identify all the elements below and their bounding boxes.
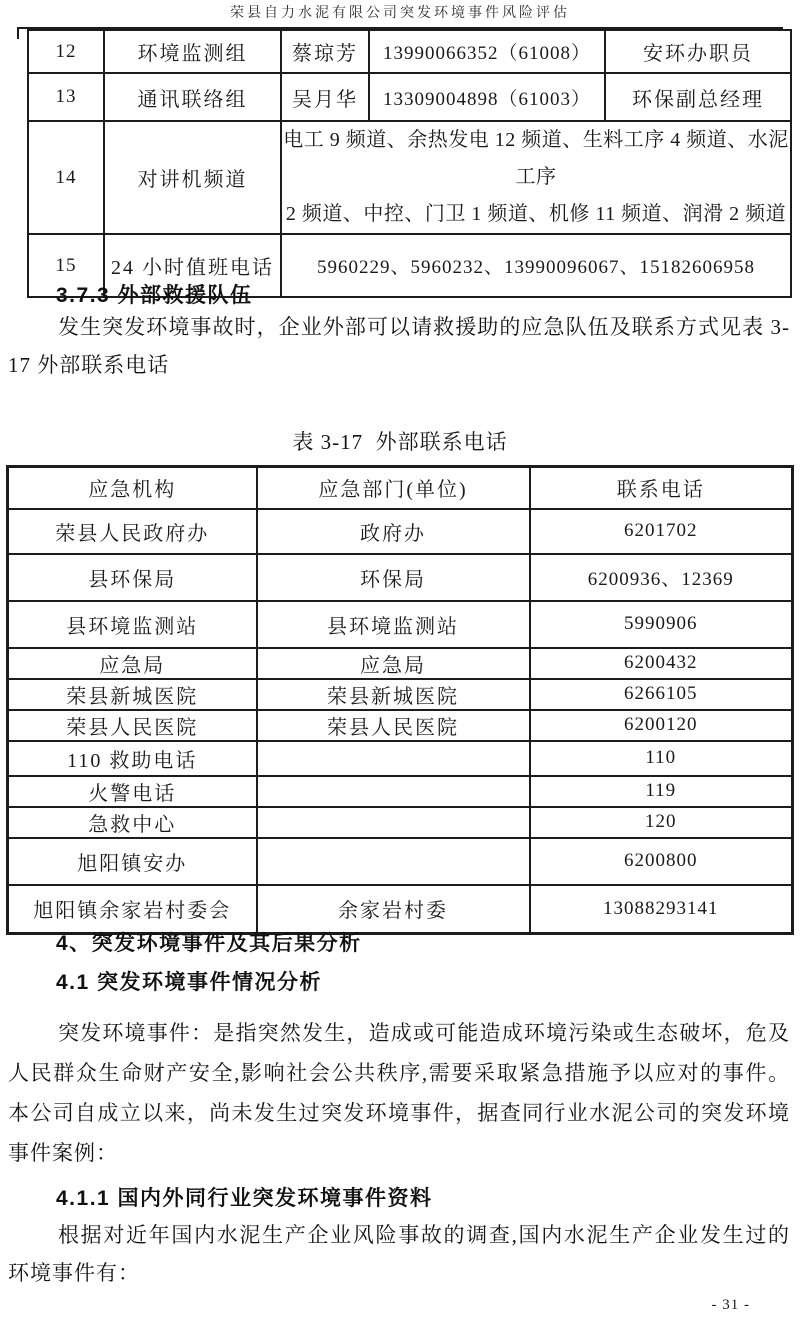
department-cell: 荣县新城医院	[257, 679, 530, 710]
group-cell: 通讯联络组	[104, 73, 281, 121]
document-page: 荣县自力水泥有限公司突发环境事件风险评估 12 环境监测组 蔡琼芳 139900…	[0, 0, 800, 1340]
page-number: - 31 -	[712, 1297, 751, 1314]
section-41-heading: 4.1 突发环境事件情况分析	[56, 970, 322, 996]
section-4-heading: 4、突发环境事件及其后果分析	[56, 931, 362, 957]
agency-cell: 急救中心	[8, 807, 257, 838]
phone-cell: 6201702	[530, 509, 793, 554]
department-cell: 应急局	[257, 648, 530, 679]
section-41-paragraph: 突发环境事件：是指突然发生，造成或可能造成环境污染或生态破坏，危及人民群众生命财…	[8, 1013, 790, 1173]
table-row: 荣县人民医院 荣县人民医院 6200120	[8, 710, 793, 741]
department-cell: 政府办	[257, 509, 530, 554]
radio-channels-cell: 电工 9 频道、余热发电 12 频道、生料工序 4 频道、水泥工序 2 频道、中…	[281, 121, 791, 234]
agency-cell: 应急局	[8, 648, 257, 679]
duty-phones-cell: 5960229、5960232、13990096067、15182606958	[281, 234, 791, 297]
phone-cell: 110	[530, 741, 793, 776]
department-cell: 荣县人民医院	[257, 710, 530, 741]
department-cell	[257, 741, 530, 776]
internal-contacts-table: 12 环境监测组 蔡琼芳 13990066352（61008） 安环办职员 13…	[27, 29, 792, 298]
table-row: 急救中心 120	[8, 807, 793, 838]
header-rule-tick	[17, 29, 19, 39]
phone-cell: 13088293141	[530, 885, 793, 934]
department-cell	[257, 838, 530, 885]
row-number-cell: 13	[28, 73, 104, 121]
table-header-row: 应急机构 应急部门(单位) 联系电话	[8, 467, 793, 509]
table-row: 旭阳镇余家岩村委会 余家岩村委 13088293141	[8, 885, 793, 934]
channels-line-1: 电工 9 频道、余热发电 12 频道、生料工序 4 频道、水泥工序	[282, 122, 790, 196]
phone-cell: 6200120	[530, 710, 793, 741]
agency-cell: 110 救助电话	[8, 741, 257, 776]
department-cell	[257, 776, 530, 807]
agency-cell: 县环保局	[8, 554, 257, 601]
phone-cell: 6200936、12369	[530, 554, 793, 601]
table-row: 12 环境监测组 蔡琼芳 13990066352（61008） 安环办职员	[28, 30, 791, 73]
agency-cell: 旭阳镇安办	[8, 838, 257, 885]
row-number-cell: 12	[28, 30, 104, 73]
channels-line-2: 2 频道、中控、门卫 1 频道、机修 11 频道、润滑 2 频道	[282, 196, 790, 233]
phone-cell: 5990906	[530, 601, 793, 648]
phone-cell: 6200432	[530, 648, 793, 679]
table-row: 应急局 应急局 6200432	[8, 648, 793, 679]
phone-cell: 13309004898（61003）	[369, 73, 605, 121]
agency-cell: 火警电话	[8, 776, 257, 807]
table-row: 110 救助电话 110	[8, 741, 793, 776]
department-cell: 县环境监测站	[257, 601, 530, 648]
section-411-heading: 4.1.1 国内外同行业突发环境事件资料	[56, 1186, 433, 1212]
person-cell: 蔡琼芳	[281, 30, 369, 73]
department-cell	[257, 807, 530, 838]
title-cell: 环保副总经理	[605, 73, 791, 121]
page-header-title: 荣县自力水泥有限公司突发环境事件风险评估	[0, 4, 800, 24]
table-row: 荣县新城医院 荣县新城医院 6266105	[8, 679, 793, 710]
department-cell: 环保局	[257, 554, 530, 601]
department-cell: 余家岩村委	[257, 885, 530, 934]
phone-cell: 120	[530, 807, 793, 838]
table-row: 火警电话 119	[8, 776, 793, 807]
table-row: 县环保局 环保局 6200936、12369	[8, 554, 793, 601]
phone-cell: 13990066352（61008）	[369, 30, 605, 73]
external-contacts-table: 应急机构 应急部门(单位) 联系电话 荣县人民政府办 政府办 6201702 县…	[6, 465, 794, 935]
table-row: 14 对讲机频道 电工 9 频道、余热发电 12 频道、生料工序 4 频道、水泥…	[28, 121, 791, 234]
group-cell: 对讲机频道	[104, 121, 281, 234]
agency-cell: 荣县人民医院	[8, 710, 257, 741]
agency-cell: 旭阳镇余家岩村委会	[8, 885, 257, 934]
table-row: 荣县人民政府办 政府办 6201702	[8, 509, 793, 554]
section-411-paragraph: 根据对近年国内水泥生产企业风险事故的调查,国内水泥生产企业发生过的环境事件有：	[8, 1216, 790, 1292]
column-header: 应急部门(单位)	[257, 467, 530, 509]
section-373-paragraph: 发生突发环境事故时，企业外部可以请救援助的应急队伍及联系方式见表 3-17 外部…	[8, 308, 790, 384]
phone-cell: 6200800	[530, 838, 793, 885]
column-header: 应急机构	[8, 467, 257, 509]
person-cell: 吴月华	[281, 73, 369, 121]
phone-cell: 119	[530, 776, 793, 807]
title-cell: 安环办职员	[605, 30, 791, 73]
agency-cell: 荣县新城医院	[8, 679, 257, 710]
agency-cell: 县环境监测站	[8, 601, 257, 648]
table-row: 13 通讯联络组 吴月华 13309004898（61003） 环保副总经理	[28, 73, 791, 121]
column-header: 联系电话	[530, 467, 793, 509]
phone-cell: 6266105	[530, 679, 793, 710]
table-row: 县环境监测站 县环境监测站 5990906	[8, 601, 793, 648]
table-row: 旭阳镇安办 6200800	[8, 838, 793, 885]
table-3-17-caption: 表 3-17 外部联系电话	[0, 426, 800, 456]
group-cell: 环境监测组	[104, 30, 281, 73]
agency-cell: 荣县人民政府办	[8, 509, 257, 554]
row-number-cell: 14	[28, 121, 104, 234]
section-373-heading: 3.7.3 外部救援队伍	[56, 283, 253, 309]
